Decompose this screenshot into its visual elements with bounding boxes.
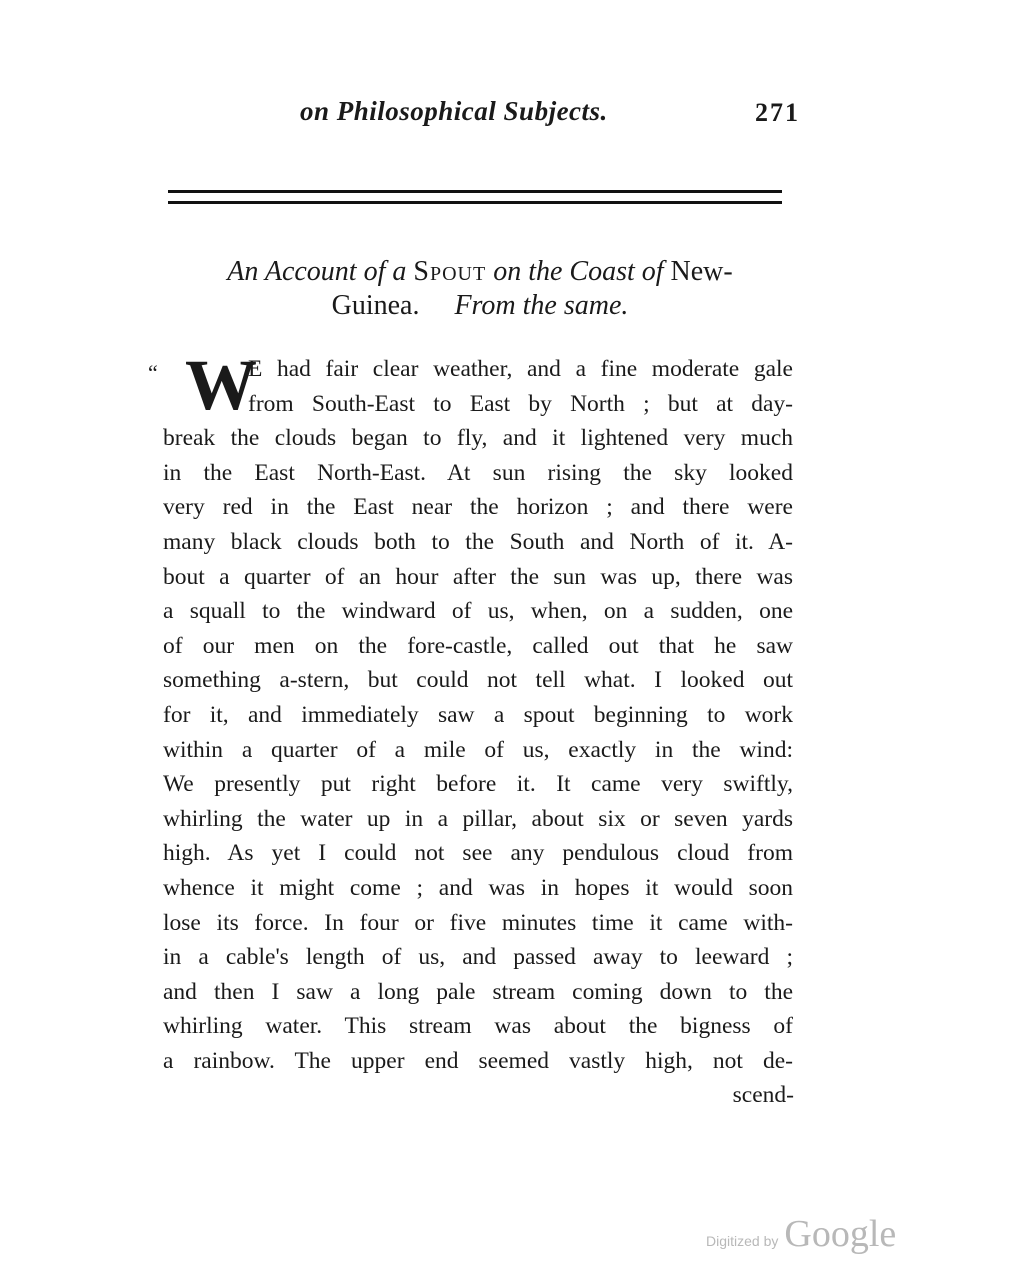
text-line: whirling water. This stream was about th… [163,1009,793,1044]
text-line: whence it might come ; and was in hopes … [163,871,793,906]
digitized-by-label: Digitized by [706,1233,778,1249]
text-line: many black clouds both to the South and … [163,525,793,560]
text-line: We presently put right before it. It cam… [163,767,793,802]
text-line: E had fair clear weather, and a fine mod… [163,352,793,387]
text-line: bout a quarter of an hour after the sun … [163,560,793,595]
catchword: scend- [733,1082,794,1109]
title-line-2: Guinea. From the same. [165,289,795,323]
text-line: a rainbow. The upper end seemed vastly h… [163,1044,793,1079]
title-line-1: An Account of a Spout on the Coast of Ne… [165,255,795,289]
google-logo: Google [784,1213,896,1255]
open-quote: “ [148,356,158,391]
article-title: An Account of a Spout on the Coast of Ne… [165,255,795,323]
digitized-watermark: Digitized by Google [706,1212,896,1256]
header-rule-top [168,190,782,193]
text-line: in the East North-East. At sun rising th… [163,456,793,491]
text-line: of our men on the fore-castle, called ou… [163,629,793,664]
text-line: for it, and immediately saw a spout begi… [163,698,793,733]
drop-cap: W [185,354,257,416]
running-title: on Philosophical Subjects. [300,96,608,127]
page-number: 271 [755,98,800,128]
text-line: very red in the East near the horizon ; … [163,490,793,525]
text-line: lose its force. In four or five minutes … [163,906,793,941]
text-line: from South-East to East by North ; but a… [163,387,793,422]
text-line: something a-stern, but could not tell wh… [163,663,793,698]
text-line: whirling the water up in a pillar, about… [163,802,793,837]
text-line: and then I saw a long pale stream coming… [163,975,793,1010]
text-line: break the clouds began to fly, and it li… [163,421,793,456]
text-line: high. As yet I could not see any pendulo… [163,836,793,871]
text-line: a squall to the windward of us, when, on… [163,594,793,629]
running-head: on Philosophical Subjects. 271 [300,96,800,136]
text-line: within a quarter of a mile of us, exactl… [163,733,793,768]
header-rule-bottom [168,201,782,204]
body-text: “ W E had fair clear weather, and a fine… [163,352,793,1078]
text-line: in a cable's length of us, and passed aw… [163,940,793,975]
